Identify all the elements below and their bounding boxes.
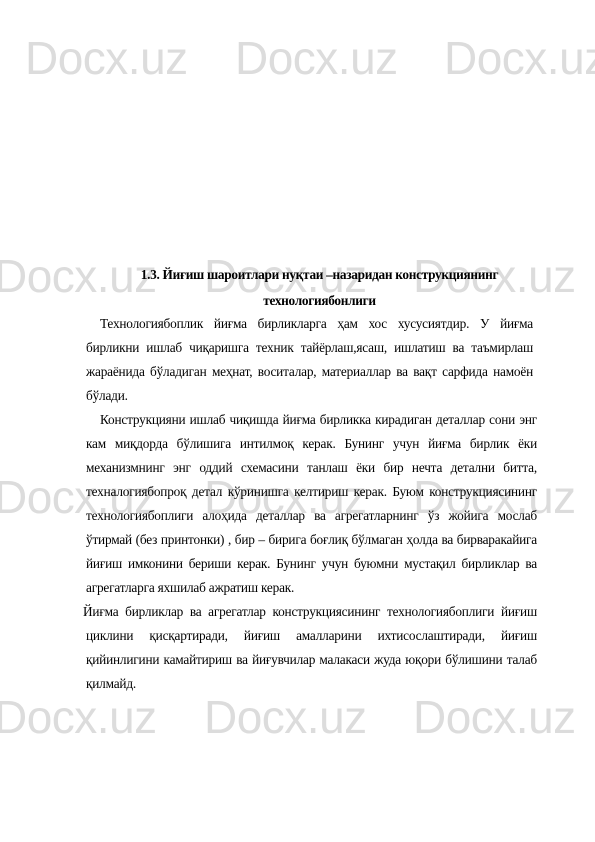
section-heading-line-1: 1.3. Йиғиш шароитлари нуқтаи –назаридан … (141, 267, 498, 282)
section-heading: 1.3. Йиғиш шароитлари нуқтаи –назаридан … (86, 262, 553, 314)
document-page: 1.3. Йиғиш шароитлари нуқтаи –назаридан … (0, 0, 595, 842)
paragraph-assemblability-definition: Технологиябоплик йиғма бирликларга ҳам х… (86, 312, 533, 408)
paragraph-benefits: Йиғма бирликлар ва агрегатлар конструкци… (86, 600, 537, 696)
paragraph-design-requirements: Конструкцияни ишлаб чиқишда йиғма бирлик… (86, 408, 537, 600)
section-heading-line-2: технологиябонлиги (86, 288, 553, 314)
body-text: Технологиябоплик йиғма бирликларга ҳам х… (86, 312, 537, 696)
